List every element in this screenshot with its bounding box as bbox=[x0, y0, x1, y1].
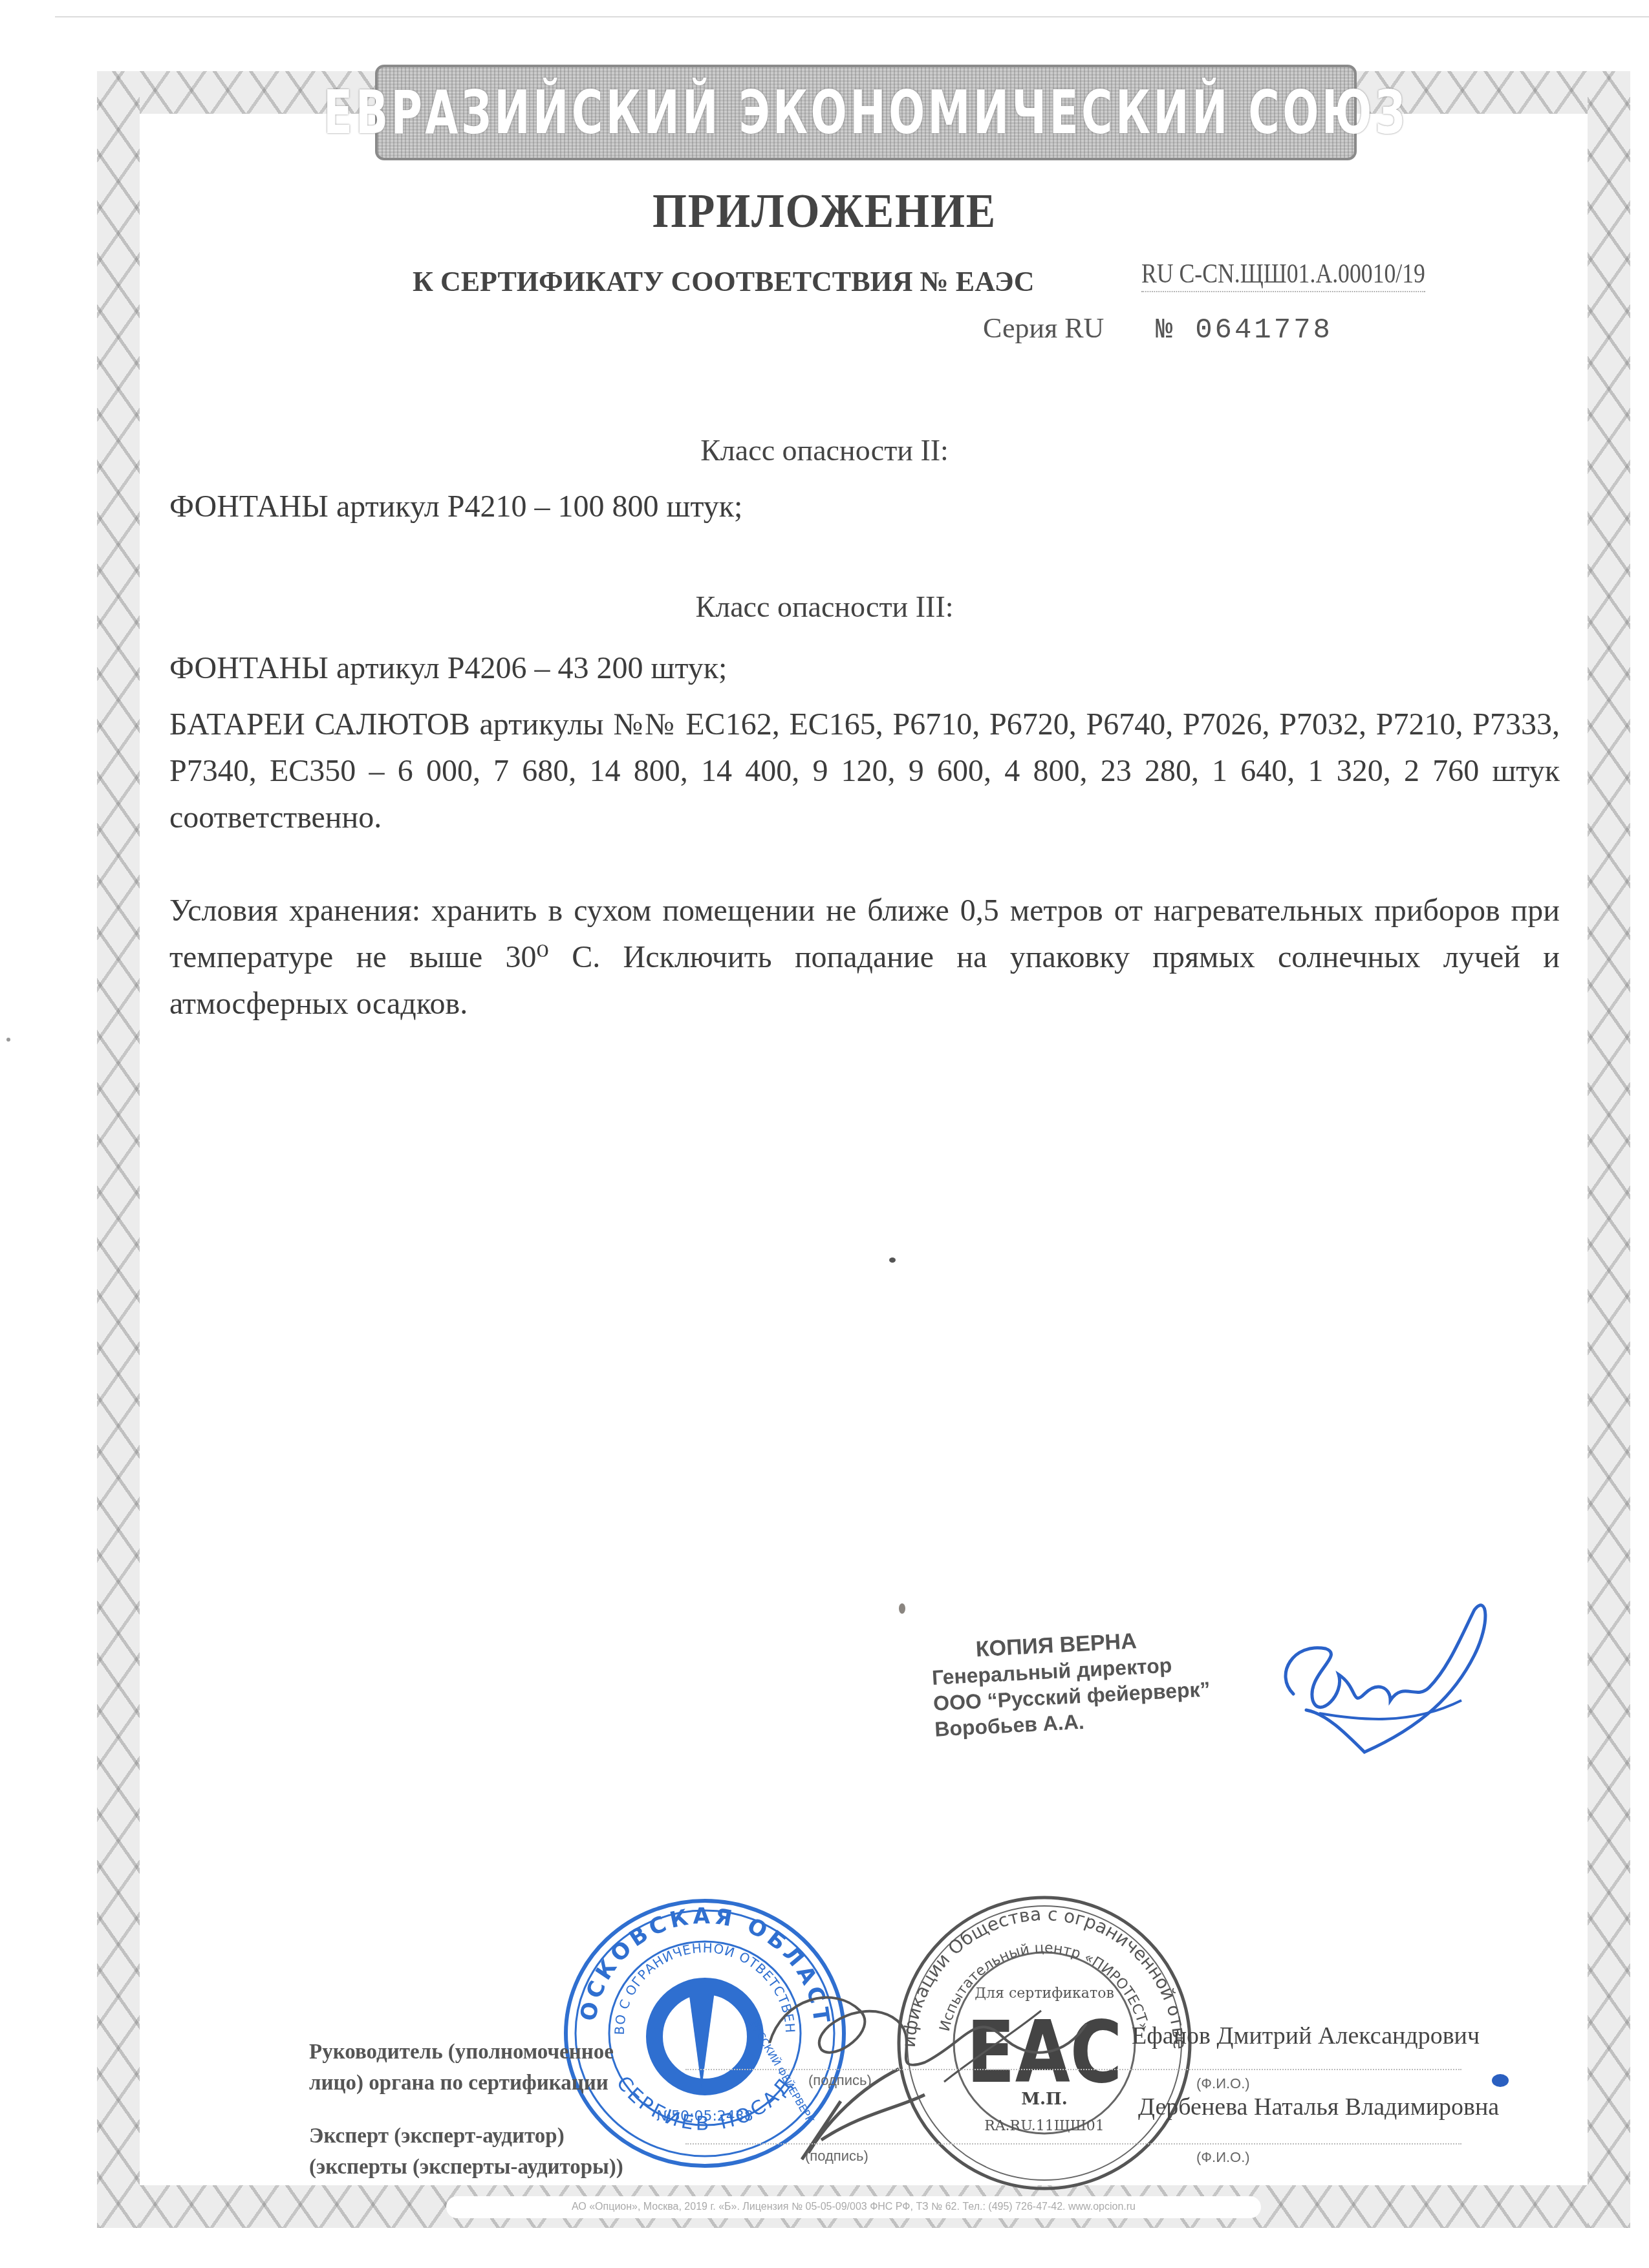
hazard-class-3-item-fountains: ФОНТАНЫ артикул Р4206 – 43 200 штук; bbox=[169, 645, 1560, 692]
expert-signature-caption: (подпись) bbox=[805, 2148, 868, 2165]
copy-certified-stamp: КОПИЯ ВЕРНА Генеральный директор ООО “Ру… bbox=[930, 1625, 1212, 1742]
hazard-class-2-heading: Класс опасности II: bbox=[0, 433, 1649, 467]
hazard-class-2-item: ФОНТАНЫ артикул Р4210 – 100 800 штук; bbox=[169, 484, 1560, 530]
expert-label-line1: Эксперт (эксперт-аудитор) bbox=[309, 2121, 623, 2152]
border-right bbox=[1588, 71, 1630, 2228]
scan-speck bbox=[899, 1603, 905, 1614]
head-signature-line bbox=[685, 2069, 1461, 2070]
certificate-number: RU C-CN.ЩШ01.А.00010/19 bbox=[1141, 259, 1425, 292]
head-signature-caption: (подпись) bbox=[808, 2072, 872, 2089]
series-line: Серия RU№ 0641778 bbox=[983, 312, 1333, 347]
banner-text: ЕВРАЗИЙСКИЙ ЭКОНОМИЧЕСКИЙ СОЮЗ bbox=[323, 78, 1408, 147]
document-title: ПРИЛОЖЕНИЕ bbox=[66, 184, 1583, 239]
eaeu-banner: ЕВРАЗИЙСКИЙ ЭКОНОМИЧЕСКИЙ СОЮЗ bbox=[375, 65, 1357, 160]
head-label-line1: Руководитель (уполномоченное bbox=[309, 2037, 614, 2068]
hazard-class-3-item-batteries: БАТАРЕИ САЛЮТОВ артикулы №№ ЕС162, ЕС165… bbox=[169, 701, 1560, 841]
scan-speck bbox=[889, 1257, 896, 1263]
certificate-subtitle: К СЕРТИФИКАТУ СООТВЕТСТВИЯ № ЕАЭС bbox=[413, 265, 1034, 298]
expert-signature-line bbox=[685, 2143, 1461, 2145]
page-body bbox=[140, 114, 1588, 2185]
head-label: Руководитель (уполномоченное лицо) орган… bbox=[309, 2037, 614, 2099]
printer-footer: АО «Опцион», Москва, 2019 г. «Б». Лиценз… bbox=[446, 2196, 1261, 2218]
border-left bbox=[97, 71, 140, 2228]
storage-conditions: Условия хранения: хранить в сухом помеще… bbox=[169, 888, 1560, 1027]
expert-fio-caption: (Ф.И.О.) bbox=[1196, 2149, 1250, 2166]
director-signature-icon bbox=[1267, 1597, 1507, 1765]
series-label: Серия RU bbox=[983, 312, 1104, 344]
head-full-name: Ефанов Дмитрий Александрович bbox=[1132, 2022, 1480, 2050]
expert-full-name: Дербенева Наталья Владимировна bbox=[1138, 2093, 1499, 2121]
scan-speck bbox=[6, 1038, 10, 1042]
head-fio-caption: (Ф.И.О.) bbox=[1196, 2075, 1250, 2092]
hazard-class-3-heading: Класс опасности III: bbox=[0, 590, 1649, 624]
scan-edge-line bbox=[55, 16, 1649, 17]
ink-blot bbox=[1492, 2074, 1509, 2087]
expert-label: Эксперт (эксперт-аудитор) (эксперты (экс… bbox=[309, 2121, 623, 2183]
series-number: № 0641778 bbox=[1156, 314, 1333, 347]
head-label-line2: лицо) органа по сертификации bbox=[309, 2068, 614, 2099]
expert-label-line2: (эксперты (эксперты-аудиторы)) bbox=[309, 2152, 623, 2183]
